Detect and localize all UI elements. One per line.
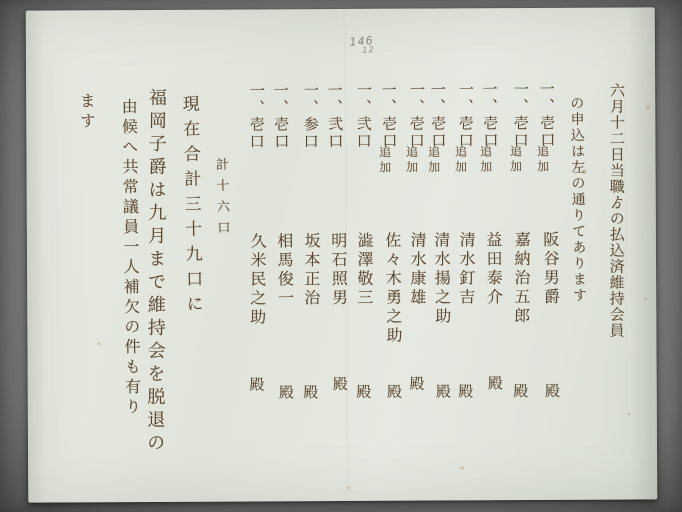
entry-honorific: 殿	[246, 376, 267, 391]
entry-honorific: 殿	[353, 384, 374, 399]
entry-name: 明石照男	[327, 232, 351, 308]
entry-name: 久米民之助	[246, 232, 269, 327]
entry-column: 一、壱口 追加 嘉納治五郎 殿	[507, 81, 535, 433]
entry-name: 嘉納治五郎	[510, 231, 533, 326]
entry-column: 一、壱口 追加 清水釘吉 殿	[452, 81, 480, 433]
entry-honorific: 殿	[455, 383, 476, 398]
entry-column: 一、壱口 追加 益田泰介 殿	[478, 81, 509, 433]
entry-amount: 一、弐口	[325, 82, 347, 150]
entry-column: 一、壱口 久米民之助 殿	[243, 82, 271, 434]
postscript-column-3: ます	[75, 92, 98, 132]
entry-amount: 一、壱口	[480, 81, 502, 149]
entry-name: 清水康雄	[406, 232, 429, 308]
entry-name: 佐々木勇之助	[381, 232, 406, 346]
entry-column: 一、壱口 追加 阪谷男爵 殿	[535, 81, 566, 433]
foxing-spot	[97, 342, 100, 345]
entry-added-note: 追加	[403, 146, 420, 176]
entry-column: 一、壱口 相馬俊一 殿	[269, 82, 300, 434]
paper-edge-shadow-left	[26, 11, 47, 503]
paper-edge-shadow-right	[629, 7, 658, 499]
member-entry-list: 一、壱口 追加 阪谷男爵 殿 一、壱口 追加 嘉納治五郎 殿 一、壱口 追加 益…	[26, 7, 655, 10]
paper-sheet: 146 12 六月十二日当職ゟの払込済維持会員 の申込は左の通りてあります 一、…	[26, 7, 658, 502]
entry-amount: 一、壱口	[511, 81, 532, 149]
intro-column-1: 六月十二日当職ゟの払込済維持会員	[607, 83, 628, 339]
entry-honorific: 殿	[433, 383, 454, 398]
entry-name: 澁澤敬三	[353, 232, 376, 308]
foxing-spot	[646, 105, 650, 109]
subtotal-column: 計十六口	[211, 157, 232, 241]
entry-column: 一、壱口 追加 佐々木勇之助 殿	[377, 82, 408, 434]
entry-honorific: 殿	[384, 384, 405, 399]
entry-amount: 一、壱口	[537, 81, 559, 149]
entry-amount: 一、壱口	[247, 82, 268, 150]
entry-name: 清水釘吉	[455, 231, 478, 307]
foxing-spot	[347, 486, 350, 489]
entry-amount: 一、壱口	[379, 82, 401, 150]
intro-column-2: の申込は左の通りてあります	[566, 96, 589, 304]
pencil-page-number: 146 12	[349, 34, 375, 56]
entry-name: 阪谷男爵	[539, 231, 563, 307]
entry-honorific: 殿	[406, 376, 427, 391]
entry-honorific: 殿	[330, 376, 351, 391]
postscript-column-2: 由候へ共常議員一人補欠の件も有り	[117, 98, 144, 418]
entry-column: 一、壱口 追加 清水康雄 殿	[403, 82, 431, 434]
entry-honorific: 殿	[485, 375, 506, 390]
entry-amount: 一、壱口	[456, 81, 477, 149]
entry-amount: 一、参口	[301, 82, 322, 150]
entry-honorific: 殿	[276, 384, 297, 399]
entry-added-note: 追加	[507, 145, 524, 175]
entry-name: 益田泰介	[482, 231, 506, 307]
entry-column: 一、弐口 明石照男 殿	[323, 82, 354, 434]
entry-column: 一、弐口 澁澤敬三 殿	[350, 82, 378, 434]
entry-amount: 一、壱口	[407, 82, 428, 150]
entry-amount: 一、壱口	[271, 82, 293, 150]
entry-added-note: 追加	[534, 145, 551, 175]
entry-name: 清水揚之助	[430, 231, 454, 326]
running-total-column: 現在合計三十九口に	[177, 95, 206, 320]
foxing-spot	[644, 297, 647, 300]
entry-honorific: 殿	[300, 384, 321, 399]
entry-column: 一、参口 坂本正治 殿	[297, 82, 325, 434]
entry-name: 相馬俊一	[273, 232, 297, 308]
entry-amount: 一、弐口	[354, 82, 375, 150]
entry-honorific: 殿	[542, 383, 563, 398]
entry-honorific: 殿	[510, 383, 531, 398]
entry-added-note: 追加	[477, 145, 494, 175]
postscript-column-1: 福岡子爵は九月まで維持会を脱退の	[141, 88, 169, 456]
entry-name: 坂本正治	[300, 232, 323, 308]
entry-added-note: 追加	[452, 145, 469, 175]
pencil-number-sub: 12	[362, 45, 375, 55]
foxing-spot	[460, 466, 464, 469]
entry-added-note: 追加	[376, 146, 393, 176]
foxing-spot	[628, 412, 631, 415]
